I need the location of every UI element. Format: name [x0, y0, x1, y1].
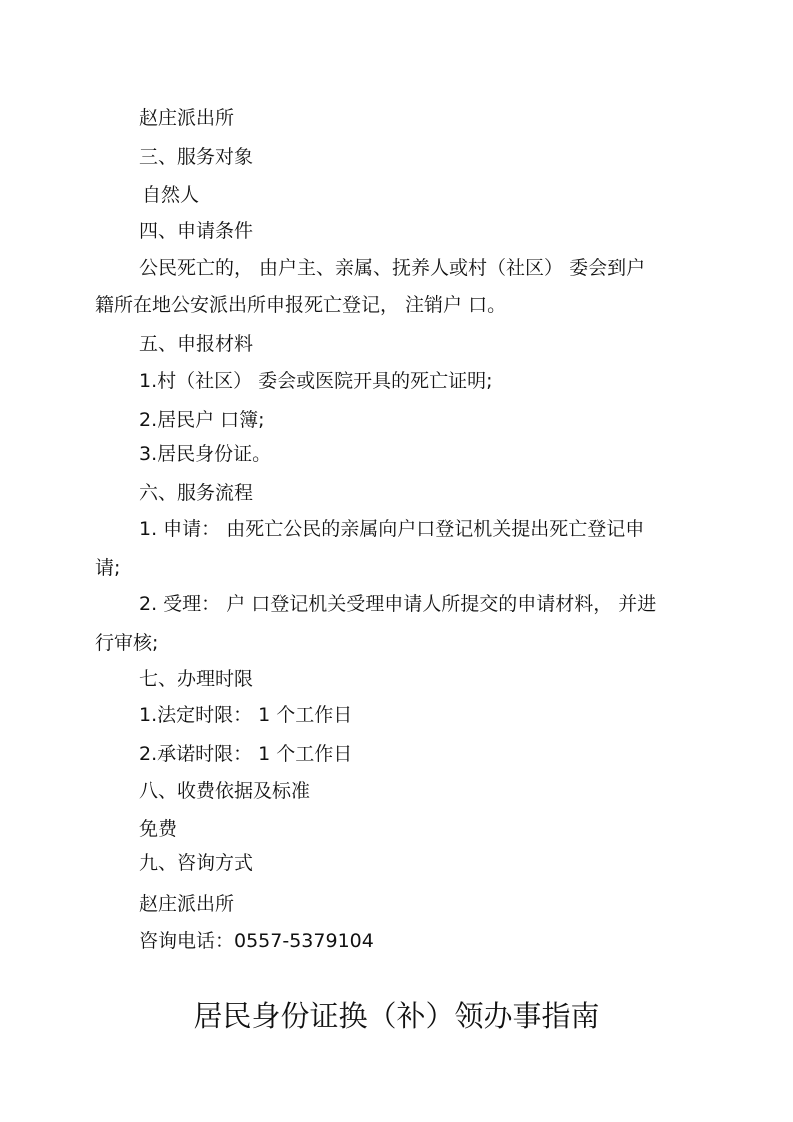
section-heading-consultation: 九、咨询方式 [139, 851, 253, 875]
material-item-3: 3.居民身份证。 [139, 442, 271, 466]
section-heading-materials: 五、申报材料 [139, 332, 253, 356]
conditions-paragraph-line-1: 公民死亡的， 由户主、亲属、抚养人或村（社区） 委会到户 [139, 256, 645, 280]
section-heading-service-target: 三、服务对象 [139, 145, 253, 169]
consultation-phone: 咨询电话：0557-5379104 [139, 929, 374, 953]
time-limit-legal: 1.法定时限： 1 个工作日 [139, 703, 352, 727]
consultation-agency: 赵庄派出所 [139, 892, 234, 916]
time-limit-promised: 2.承诺时限： 1 个工作日 [139, 742, 352, 766]
section-heading-time-limit: 七、办理时限 [139, 667, 253, 691]
service-target-value: 自然人 [142, 183, 199, 207]
process-step-2-line-1: 2. 受理： 户 口登记机关受理申请人所提交的申请材料， 并进 [139, 592, 656, 616]
material-item-2: 2.居民户 口簿; [139, 408, 265, 432]
fees-value: 免费 [139, 817, 177, 841]
process-step-2-line-2: 行审核; [95, 631, 158, 655]
next-section-title: 居民身份证换（补）领办事指南 [0, 996, 793, 1036]
material-item-1: 1.村（社区） 委会或医院开具的死亡证明; [139, 369, 493, 393]
process-step-1-line-2: 请; [95, 556, 120, 580]
section-heading-conditions: 四、申请条件 [139, 219, 253, 243]
section-heading-fees: 八、收费依据及标准 [139, 779, 310, 803]
agency-name: 赵庄派出所 [139, 106, 234, 130]
process-step-1-line-1: 1. 申请： 由死亡公民的亲属向户口登记机关提出死亡登记申 [139, 517, 644, 541]
section-heading-process: 六、服务流程 [139, 481, 253, 505]
conditions-paragraph-line-2: 籍所在地公安派出所申报死亡登记， 注销户 口。 [95, 293, 506, 317]
